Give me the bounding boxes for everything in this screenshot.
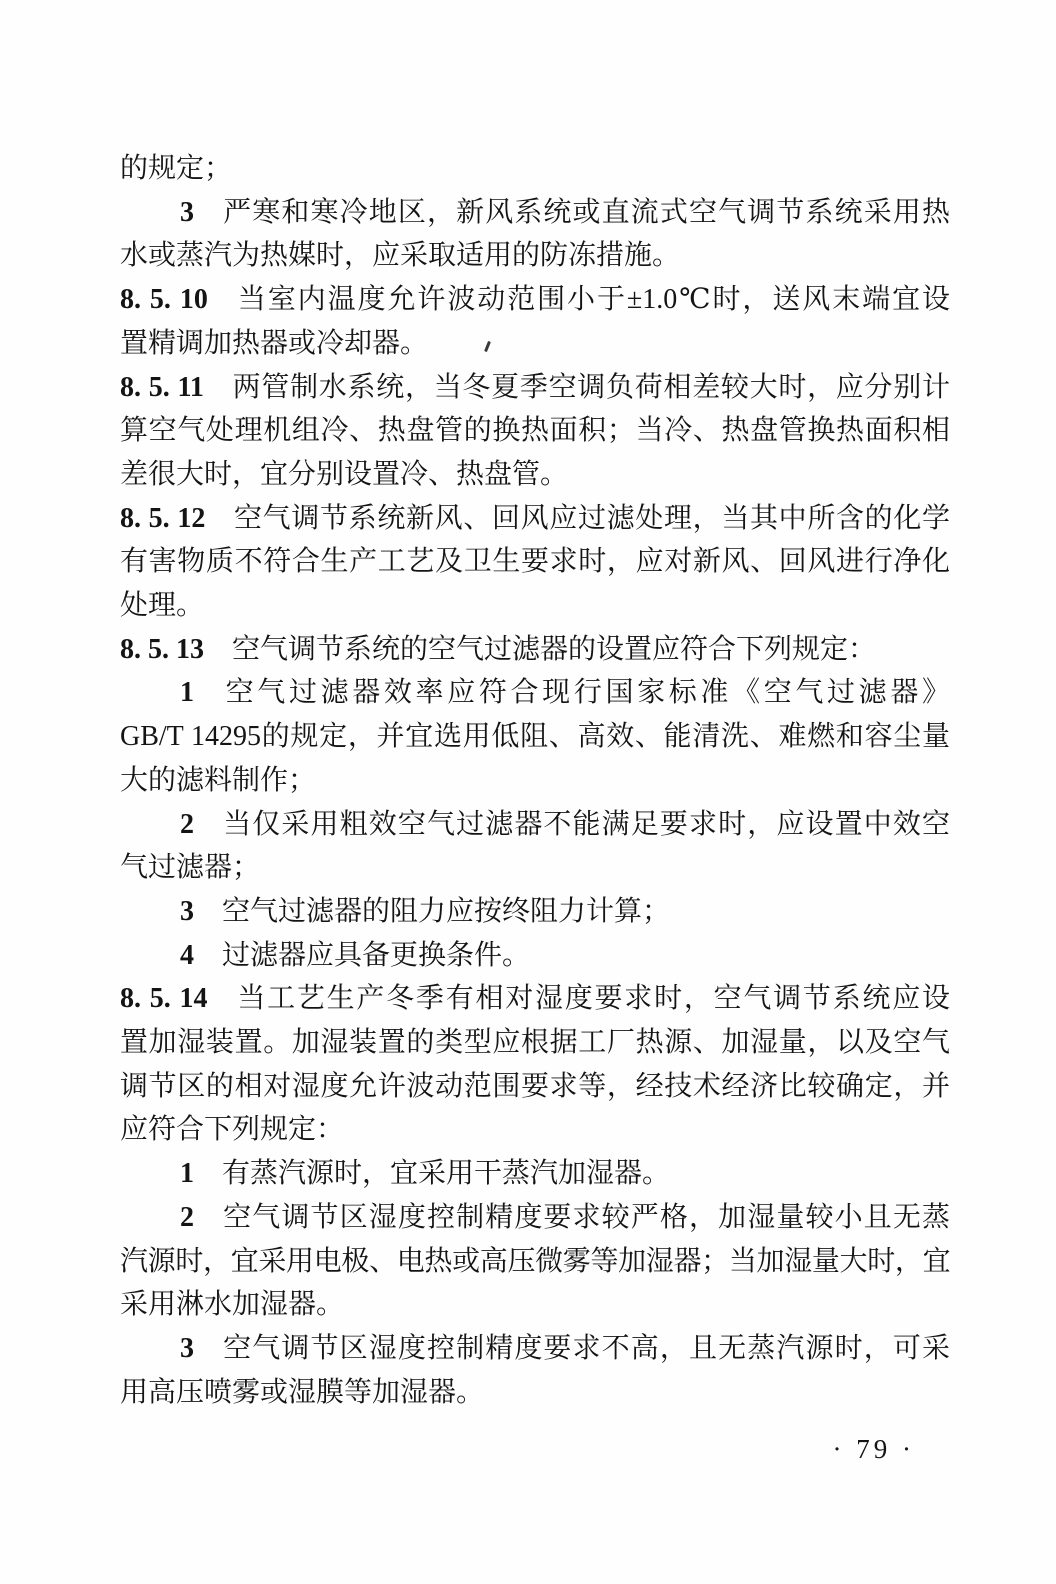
- text-line: 的规定；: [120, 147, 950, 191]
- line-text: 严寒和寒冷地区，新风系统或直流式空气调节系统采用热: [222, 197, 950, 228]
- text-line: 水或蒸汽为热媒时，应采取适用的防冻措施。: [120, 234, 950, 278]
- line-text: 气过滤器；: [120, 852, 260, 883]
- line-text: 的规定；: [120, 153, 232, 184]
- text-line: 1空气过滤器效率应符合现行国家标准《空气过滤器》: [120, 671, 950, 715]
- line-text: 过滤器应具备更换条件。: [222, 940, 530, 971]
- line-text: GB/T 14295的规定，并宜选用低阻、高效、能清洗、难燃和容尘量: [120, 721, 950, 752]
- text-line: 3空气调节区湿度控制精度要求不高，且无蒸汽源时，可采: [120, 1327, 950, 1371]
- line-text: 当仅采用粗效空气过滤器不能满足要求时，应设置中效空: [222, 809, 950, 840]
- text-line: 大的滤料制作；: [120, 759, 950, 803]
- text-line: 3空气过滤器的阻力应按终阻力计算；: [120, 890, 950, 934]
- document-page: 的规定； 3严寒和寒冷地区，新风系统或直流式空气调节系统采用热 水或蒸汽为热媒时…: [0, 0, 1056, 1584]
- text-line: 4过滤器应具备更换条件。: [120, 934, 950, 978]
- text-line: 3严寒和寒冷地区，新风系统或直流式空气调节系统采用热: [120, 191, 950, 235]
- line-text: 空气调节区湿度控制精度要求不高，且无蒸汽源时，可采: [222, 1333, 950, 1364]
- text-line: 8. 5. 10当室内温度允许波动范围小于±1.0℃时，送风末端宜设: [120, 278, 950, 322]
- line-text: 水或蒸汽为热媒时，应采取适用的防冻措施。: [120, 240, 680, 271]
- text-line: 调节区的相对湿度允许波动范围要求等，经技术经济比较确定，并: [120, 1065, 950, 1109]
- text-line: 8. 5. 14当工艺生产冬季有相对湿度要求时，空气调节系统应设: [120, 977, 950, 1021]
- text-line: 8. 5. 13空气调节系统的空气过滤器的设置应符合下列规定：: [120, 628, 950, 672]
- text-line: 算空气处理机组冷、热盘管的换热面积；当冷、热盘管换热面积相: [120, 409, 950, 453]
- item-number: 2: [180, 809, 194, 840]
- text-line: 8. 5. 11两管制水系统，当冬夏季空调负荷相差较大时，应分别计: [120, 366, 950, 410]
- line-text: 当室内温度允许波动范围小于±1.0℃时，送风末端宜设: [236, 284, 950, 315]
- text-line: GB/T 14295的规定，并宜选用低阻、高效、能清洗、难燃和容尘量: [120, 715, 950, 759]
- clause-number: 8. 5. 13: [120, 634, 204, 665]
- line-text: 置加湿装置。加湿装置的类型应根据工厂热源、加湿量，以及空气: [120, 1027, 950, 1058]
- line-text: 差很大时，宜分别设置冷、热盘管。: [120, 459, 568, 490]
- clause-number: 8. 5. 11: [120, 372, 204, 403]
- line-text: 有蒸汽源时，宜采用干蒸汽加湿器。: [222, 1158, 670, 1189]
- text-line: 2当仅采用粗效空气过滤器不能满足要求时，应设置中效空: [120, 803, 950, 847]
- item-number: 2: [180, 1202, 194, 1233]
- item-number: 1: [180, 1158, 194, 1189]
- line-text: 置精调加热器或冷却器。: [120, 328, 428, 359]
- text-line: 用高压喷雾或湿膜等加湿器。: [120, 1371, 950, 1415]
- line-text: 空气调节系统的空气过滤器的设置应符合下列规定：: [232, 634, 876, 665]
- line-text: 应符合下列规定：: [120, 1114, 344, 1145]
- text-line: 采用淋水加湿器。: [120, 1283, 950, 1327]
- line-text: 算空气处理机组冷、热盘管的换热面积；当冷、热盘管换热面积相: [120, 415, 950, 446]
- line-text: 空气过滤器效率应符合现行国家标准《空气过滤器》: [222, 677, 950, 708]
- line-text: 空气过滤器的阻力应按终阻力计算；: [222, 896, 670, 927]
- line-text: 空气调节区湿度控制精度要求较严格，加湿量较小且无蒸: [222, 1202, 950, 1233]
- text-line: 有害物质不符合生产工艺及卫生要求时，应对新风、回风进行净化: [120, 540, 950, 584]
- item-number: 3: [180, 896, 194, 927]
- line-text: 用高压喷雾或湿膜等加湿器。: [120, 1377, 484, 1408]
- text-line: 应符合下列规定：: [120, 1108, 950, 1152]
- line-text: 处理。: [120, 590, 204, 621]
- text-line: 差很大时，宜分别设置冷、热盘管。: [120, 453, 950, 497]
- text-line: 气过滤器；: [120, 846, 950, 890]
- text-line: 置加湿装置。加湿装置的类型应根据工厂热源、加湿量，以及空气: [120, 1021, 950, 1065]
- line-text: 当工艺生产冬季有相对湿度要求时，空气调节系统应设: [236, 983, 950, 1014]
- text-line: 汽源时，宜采用电极、电热或高压微雾等加湿器；当加湿量大时，宜: [120, 1240, 950, 1284]
- item-number: 3: [180, 197, 194, 228]
- line-text: 有害物质不符合生产工艺及卫生要求时，应对新风、回风进行净化: [120, 546, 950, 577]
- line-text: 采用淋水加湿器。: [120, 1289, 344, 1320]
- line-text: 空气调节系统新风、回风应过滤处理，当其中所含的化学: [233, 503, 950, 534]
- page-number: · 79 ·: [833, 1434, 915, 1465]
- item-number: 4: [180, 940, 194, 971]
- text-line: 1有蒸汽源时，宜采用干蒸汽加湿器。: [120, 1152, 950, 1196]
- line-text: 调节区的相对湿度允许波动范围要求等，经技术经济比较确定，并: [120, 1071, 950, 1102]
- text-line: 处理。: [120, 584, 950, 628]
- item-number: 1: [180, 677, 194, 708]
- line-text: 汽源时，宜采用电极、电热或高压微雾等加湿器；当加湿量大时，宜: [120, 1246, 950, 1277]
- clause-number: 8. 5. 14: [120, 983, 208, 1014]
- item-number: 3: [180, 1333, 194, 1364]
- line-text: 两管制水系统，当冬夏季空调负荷相差较大时，应分别计: [232, 372, 950, 403]
- line-text: 大的滤料制作；: [120, 765, 316, 796]
- text-line: 置精调加热器或冷却器。: [120, 322, 950, 366]
- clause-number: 8. 5. 10: [120, 284, 208, 315]
- text-line: 8. 5. 12空气调节系统新风、回风应过滤处理，当其中所含的化学: [120, 497, 950, 541]
- text-line: 2空气调节区湿度控制精度要求较严格，加湿量较小且无蒸: [120, 1196, 950, 1240]
- document-body-text: 的规定； 3严寒和寒冷地区，新风系统或直流式空气调节系统采用热 水或蒸汽为热媒时…: [120, 147, 950, 1414]
- clause-number: 8. 5. 12: [120, 503, 205, 534]
